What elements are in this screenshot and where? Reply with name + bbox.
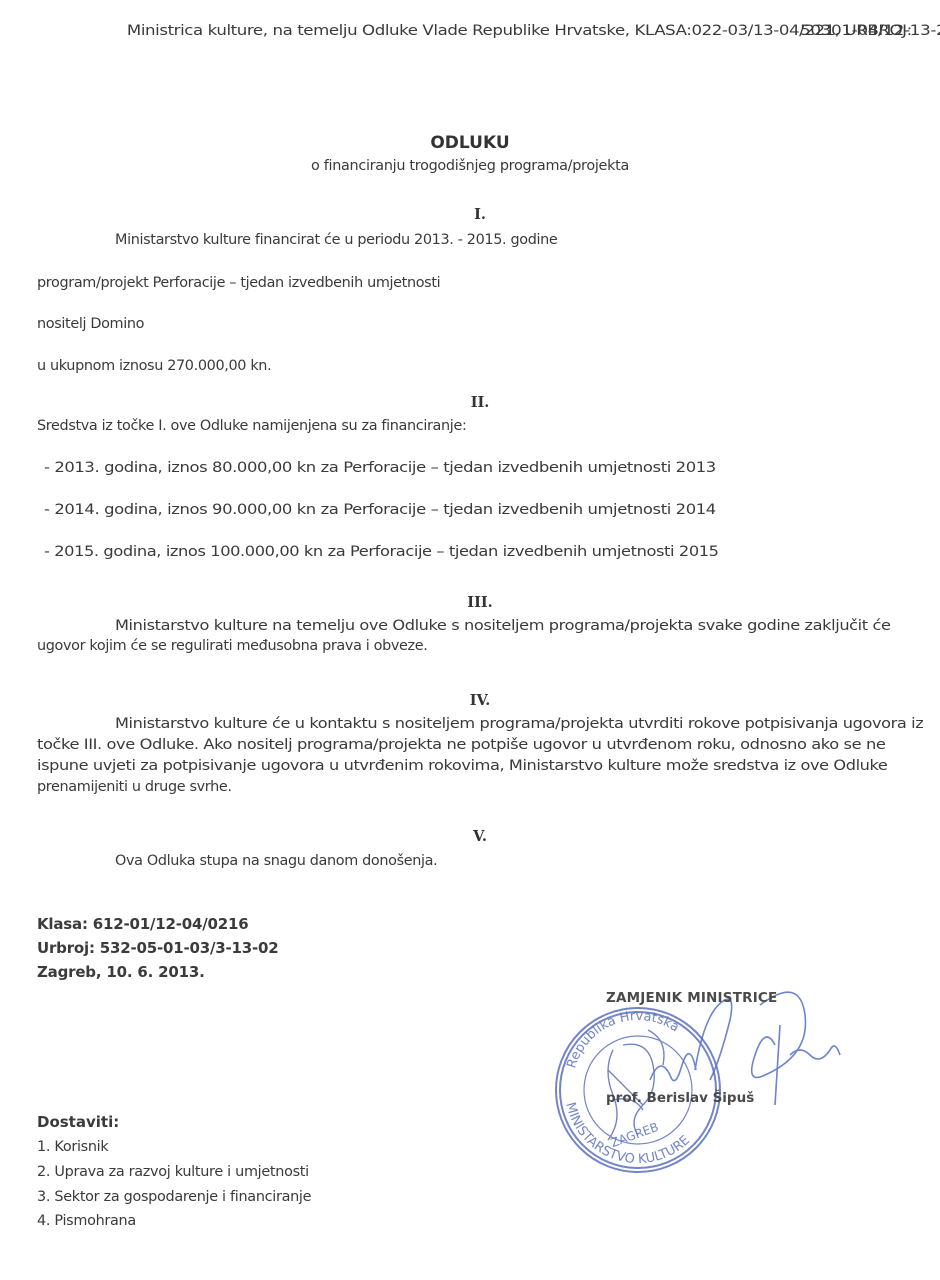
- section-4-line: prenamijeniti u druge svrhe.: [37, 779, 232, 795]
- funding-item-2015: - 2015. godina, iznos 100.000,00 kn za P…: [44, 544, 719, 560]
- preamble-line: 50301-04/12-13-2, od 16. 5. 2013. godine…: [800, 20, 940, 42]
- funding-item-2014: - 2014. godina, iznos 90.000,00 kn za Pe…: [44, 502, 716, 518]
- section-4-line: Ministarstvo kulture će u kontaktu s nos…: [115, 716, 923, 732]
- section-number-1: I.: [0, 206, 940, 223]
- section-number-4: IV.: [0, 692, 940, 709]
- preamble: Ministrica kulture, na temelju Odluke Vl…: [37, 20, 940, 42]
- place-date: Zagreb, 10. 6. 2013.: [37, 963, 205, 981]
- section-4-line: ispune uvjeti za potpisivanje ugovora u …: [37, 758, 887, 774]
- urbroj: Urbroj: 532-05-01-03/3-13-02: [37, 939, 279, 957]
- section-number-2: II.: [0, 394, 940, 411]
- section-3-line: ugovor kojim će se regulirati međusobna …: [37, 638, 427, 654]
- section-1-holder: nositelj Domino: [37, 316, 144, 332]
- section-1-line: Ministarstvo kulture financirat će u per…: [115, 232, 557, 248]
- signatory-title: ZAMJENIK MINISTRICE: [606, 990, 777, 1006]
- document-title: ODLUKU: [0, 133, 940, 153]
- signatory-name: prof. Berislav Šipuš: [606, 1090, 754, 1106]
- funding-item-2013: - 2013. godina, iznos 80.000,00 kn za Pe…: [44, 460, 716, 476]
- distribution-item: 4. Pismohrana: [37, 1213, 136, 1229]
- preamble-line: Ministrica kulture, na temelju Odluke Vl…: [37, 20, 912, 42]
- distribution-title: Dostaviti:: [37, 1113, 119, 1131]
- section-2-intro: Sredstva iz točke I. ove Odluke namijenj…: [37, 418, 466, 434]
- section-4-line: točke III. ove Odluke. Ako nositelj prog…: [37, 737, 885, 753]
- section-3-line: Ministarstvo kulture na temelju ove Odlu…: [115, 618, 891, 634]
- distribution-item: 1. Korisnik: [37, 1139, 108, 1155]
- document-subtitle: o financiranju trogodišnjeg programa/pro…: [0, 158, 940, 174]
- section-number-3: III.: [0, 594, 940, 611]
- section-1-program: program/projekt Perforacije – tjedan izv…: [37, 275, 440, 291]
- section-1-total: u ukupnom iznosu 270.000,00 kn.: [37, 358, 271, 374]
- distribution-item: 3. Sektor za gospodarenje i financiranje: [37, 1189, 311, 1205]
- section-number-5: V.: [0, 828, 940, 845]
- klasa: Klasa: 612-01/12-04/0216: [37, 915, 248, 933]
- distribution-item: 2. Uprava za razvoj kulture i umjetnosti: [37, 1164, 309, 1180]
- section-5-text: Ova Odluka stupa na snagu danom donošenj…: [115, 853, 437, 869]
